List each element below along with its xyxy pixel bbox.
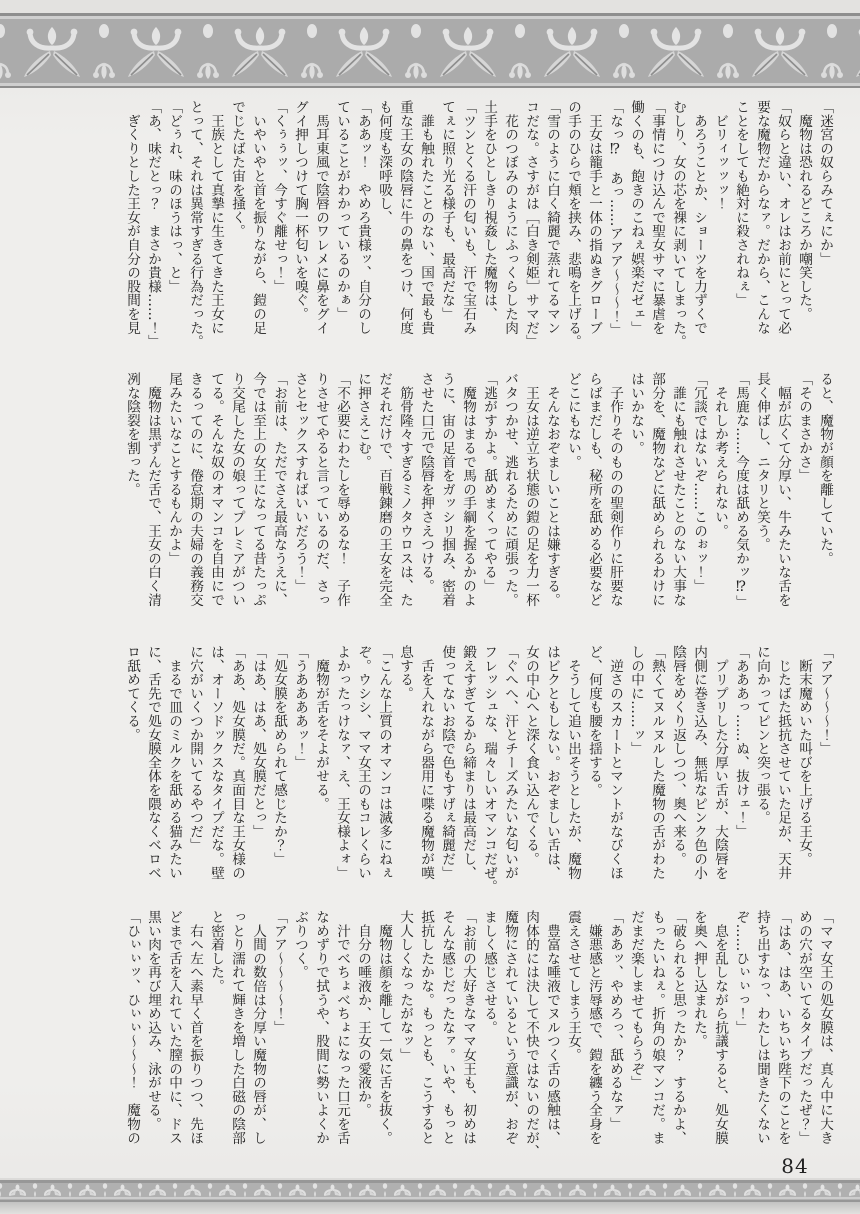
text-column: ことをしても絶対に殺されねぇ」: [730, 100, 751, 360]
text-column: いやいやと首を振りながら、鎧の足: [247, 100, 268, 360]
text-column: 使ってないお陰で色もすげぇ綺麗だ」: [436, 645, 457, 905]
text-column: 「うああああッ！」: [289, 645, 310, 905]
text-column: 魔物にされているという意識が、おぞ: [499, 910, 520, 1170]
text-column: まるで皿のミルクを舐める猫みたい: [163, 645, 184, 905]
text-column: 魔物はまるで馬の手綱を握るかのよ: [457, 372, 478, 632]
text-column: じたばた抵抗させていた足が、天井: [772, 645, 793, 905]
text-column: と密着した。: [205, 910, 226, 1170]
text-column: 「事情につけ込んで聖女サマに暴虐を: [646, 100, 667, 360]
text-column: うに、宙の足首をガッシリ掴み、密着: [436, 372, 457, 632]
text-column: 「ツンとくる汗の匂いも、汗で宝石み: [457, 100, 478, 360]
text-column: ましく感じさせる。: [478, 910, 499, 1170]
text-column: 自分の唾液か、王女の愛液か。: [352, 910, 373, 1170]
text-column: コだな。さすがは［白き剣姫］サマだ」: [520, 100, 541, 360]
text-column: あろうことか、ショーツを力ずくで: [688, 100, 709, 360]
text-column: ロ舐めてくる。: [121, 645, 142, 905]
text-column: 重な王女の陰唇に牛の鼻をつけ、何度: [394, 100, 415, 360]
text-column: 「どぅれ、味のほうはっ、と」: [163, 100, 184, 360]
text-column: ど、何度も腰を揺する。: [583, 645, 604, 905]
text-column: 長く伸ばし、ニタリと笑う。: [751, 372, 772, 632]
text-column: 「はあ、はあ、処女膜だとっ」: [247, 645, 268, 905]
text-column: 王族として真摯に生きてきた王女に: [205, 100, 226, 360]
ornament-border-top: [0, 0, 860, 88]
text-column: 「馬鹿な……今度は舐める気かッ⁉」: [730, 372, 751, 632]
ornament-border-bottom: [0, 1178, 860, 1214]
text-column: 「はあ、はあ、いちいち陛下のことを: [772, 910, 793, 1170]
text-band-4: 「ママ女王の処女膜は、真ん中に大きめの穴が空いてるタイプだったぜ？」「はあ、はあ…: [121, 910, 835, 1170]
text-column: の手のひらで頬を挟み、悲鳴を上げる。: [562, 100, 583, 360]
text-column: 「ひぃぃッ、ひぃぃ～～～！ 魔物の: [121, 910, 142, 1170]
text-column: に穴がいくつか開いてるやつだ」: [184, 645, 205, 905]
text-column: 豊富な唾液でヌルつく舌の感触は、: [541, 910, 562, 1170]
text-column: 「あああっ……ぬ、抜けェ！」: [730, 645, 751, 905]
text-column: 「そのまさかさ」: [793, 372, 814, 632]
text-column: 「アア～～～！」: [814, 645, 835, 905]
text-column: だそれだけで、百戦錬磨の王女を完全: [373, 372, 394, 632]
text-column: 王女は籠手と一体の指ぬきグローブ: [583, 100, 604, 360]
text-column: ぶりつく。: [289, 910, 310, 1170]
text-column: だまだ楽しませてもらうぞ」: [625, 910, 646, 1170]
palmette-frieze-icon: [0, 0, 860, 88]
text-column: プリプリした分厚い舌が、大陰唇を: [709, 645, 730, 905]
text-column: 部分を、魔物などに舐められるわけに: [646, 372, 667, 632]
text-column: 息を乱しながら抗議すると、処女膜: [709, 910, 730, 1170]
text-column: 誰にも触れさせたことのない大事な: [667, 372, 688, 632]
text-column: でじたばた宙を掻く。: [226, 100, 247, 360]
text-column: 「なっ⁉ あっ……アアア～～～！」: [604, 100, 625, 360]
text-column: 土手をひとしきり視姦した魔物は、: [478, 100, 499, 360]
text-column: 魔物は黒ずんだ舌で、王女の白く清: [142, 372, 163, 632]
text-column: 汁でべちょべちょになった口元を舌: [331, 910, 352, 1170]
text-column: 震えさせてしまう王女。: [562, 910, 583, 1170]
text-column: 「お前は、ただでさえ最高なうえに、: [268, 372, 289, 632]
text-column: らばまだしも、秘所を舐める必要など: [583, 372, 604, 632]
text-column: 「破られると思ったか？ するかよ、: [667, 910, 688, 1170]
text-column: 女の中心へと深く食い込んでくる。: [520, 645, 541, 905]
text-column: グイ押しつけて胸一杯匂いを嗅ぐ。: [289, 100, 310, 360]
text-column: 「冗談ではないぞ……このぉッ！」: [688, 372, 709, 632]
text-column: 「迷宮の奴らみてぇにか」: [814, 100, 835, 360]
text-column: 黒い肉を再び埋め込み、泳がせる。: [142, 910, 163, 1170]
text-column: 子作りそのものの聖剣作りに肝要な: [604, 372, 625, 632]
text-column: 息する。: [394, 645, 415, 905]
text-column: 「奴らと違い、オレはお前にとって必: [772, 100, 793, 360]
text-column: 「雪のように白く綺麗で蒸れてるマン: [541, 100, 562, 360]
text-column: 持ち出すなっ、わたしは聞きたくない: [751, 910, 772, 1170]
text-column: 「処女膜を舐められて感じたか？」: [268, 645, 289, 905]
text-column: させた口元で陰唇を押さえつける。: [415, 372, 436, 632]
text-column: 「お前の大好きなママ女王も、初めは: [457, 910, 478, 1170]
text-column: 「逃がすかよ。舐めまくってやる」: [478, 372, 499, 632]
text-band-2: ると、魔物が顔を離していた。「そのまさかさ」 幅が広くて分厚い、牛みたいな舌を長…: [121, 372, 835, 632]
text-column: 「こんな上質のオマンコは滅多にねぇ: [373, 645, 394, 905]
text-column: 馬耳東風で陰唇のワレメに鼻をグイ: [310, 100, 331, 360]
text-column: 魔物が舌をそよがせる。: [310, 645, 331, 905]
text-column: 「ああッ！ やめろ貴様ッ、自分のし: [352, 100, 373, 360]
text-column: り交尾した女の娘ってプレミアがつい: [226, 372, 247, 632]
text-column: っとり濡れて輝きを増した白磁の陰部: [226, 910, 247, 1170]
text-column: 「ぐへへ、汗とチーズみたいな匂いが: [499, 645, 520, 905]
text-band-3: 「アア～～～！」 断末魔めいた叫びを上げる王女。 じたばた抵抗させていた足が、天…: [121, 645, 835, 905]
text-column: ビリィッッッ！: [709, 100, 730, 360]
text-column: 「熱くてヌルヌルした魔物の舌がわた: [646, 645, 667, 905]
text-column: 尾みたいなことするもんかよ」: [163, 372, 184, 632]
text-column: さとセックスすればいいだろう！」: [289, 372, 310, 632]
text-column: 鍛えすぎてるから締まりは最高だし、: [457, 645, 478, 905]
text-column: 抵抗したかな。もっとも、こうすると: [415, 910, 436, 1170]
text-column: 「ああッ、やめろっ、舐めるなァ」: [604, 910, 625, 1170]
text-column: を奥へ押し込まれた。: [688, 910, 709, 1170]
text-column: そんな感じだったなァ。いや、もっと: [436, 910, 457, 1170]
text-column: ぞ。ウシシ、ママ女王のもコレくらい: [352, 645, 373, 905]
text-column: しの中に……ッ」: [625, 645, 646, 905]
text-column: 「アア～～～～！」: [268, 910, 289, 1170]
text-column: 魔物は恐れるどころか嘲笑した。: [793, 100, 814, 360]
text-column: 「くぅぅッ、今すぐ離せっ！」: [268, 100, 289, 360]
text-column: 陰唇をめくり返しつつ、奥へ来る。: [667, 645, 688, 905]
text-column: ると、魔物が顔を離していた。: [814, 372, 835, 632]
text-column: 舌を入れながら器用に喋る魔物が嘆: [415, 645, 436, 905]
text-column: フレッシュな、瑞々しいオマンコだぜ。: [478, 645, 499, 905]
text-column: 「あ、味だとっ？ まさか貴様……！」: [142, 100, 163, 360]
text-column: めの穴が空いてるタイプだったぜ？」: [793, 910, 814, 1170]
text-column: どまで舌を入れていた膣の中に、ドス: [163, 910, 184, 1170]
palmette-frieze-small-icon: [0, 1178, 860, 1214]
text-column: きるってのに、倦怠期の夫婦の義務交: [184, 372, 205, 632]
text-column: てる。そんな奴のオマンコを自由にで: [205, 372, 226, 632]
text-column: はいかない。: [625, 372, 646, 632]
text-column: も何度も深呼吸し、: [373, 100, 394, 360]
text-column: 幅が広くて分厚い、牛みたいな舌を: [772, 372, 793, 632]
text-column: ていることがわかっているのかぁ」: [331, 100, 352, 360]
text-column: 働くのも、飽きのこねぇ娯楽だゼェ」: [625, 100, 646, 360]
text-column: 肉体的には決して不快ではないのだが、: [520, 910, 541, 1170]
text-column: 花のつぼみのようにふっくらした肉: [499, 100, 520, 360]
text-column: なめずりで拭うや、股間に勢いよくか: [310, 910, 331, 1170]
text-column: に向かってピンと突っ張る。: [751, 645, 772, 905]
page-number: 84: [768, 1154, 822, 1178]
text-column: ぞ……ひぃぃっ！」: [730, 910, 751, 1170]
text-column: 冽な陰裂を割った。: [121, 372, 142, 632]
text-column: よかったっけなァ、え、王女様よォ」: [331, 645, 352, 905]
text-column: 右へ左へ素早く首を振りつつ、先ほ: [184, 910, 205, 1170]
text-column: バタつかせ、逃れるために頑張った。: [499, 372, 520, 632]
text-column: 「不必要にわたしを辱めるな！ 子作: [331, 372, 352, 632]
text-column: 「ママ女王の処女膜は、真ん中に大き: [814, 910, 835, 1170]
text-column: に押さえこむ。: [352, 372, 373, 632]
text-column: 要な魔物だからなァ。だから、こんな: [751, 100, 772, 360]
text-column: はビクともしない。おぞましい舌は、: [541, 645, 562, 905]
text-column: そうして追い出そうとしたが、魔物: [562, 645, 583, 905]
text-column: てぇに照り光る様子も、最高だな」: [436, 100, 457, 360]
text-column: りさせてやると言っているのだ、さっ: [310, 372, 331, 632]
text-column: 筋骨隆々すぎるミノタウロスは、た: [394, 372, 415, 632]
text-column: それしか考えられない。: [709, 372, 730, 632]
text-column: 今では至上の女王になってる昔たっぷ: [247, 372, 268, 632]
text-column: 人間の数倍は分厚い魔物の唇が、し: [247, 910, 268, 1170]
text-column: 内側に巻き込み、無垢なピンク色の小: [688, 645, 709, 905]
text-column: そんなおぞましいことは嫌すぎる。: [541, 372, 562, 632]
text-column: 嫌悪感と汚辱感で、鎧を纏う全身を: [583, 910, 604, 1170]
text-column: もったいねぇ。折角の娘マンコだ。ま: [646, 910, 667, 1170]
text-column: 「ああ、処女膜だ。真面目な王女様の: [226, 645, 247, 905]
text-column: 誰も触れたことのない、国で最も貴: [415, 100, 436, 360]
text-column: むしり、女の芯を裸に剥いてしまった。: [667, 100, 688, 360]
text-column: どこにもない。: [562, 372, 583, 632]
text-column: は、オーソドックスなタイプだな。壁: [205, 645, 226, 905]
text-column: に、舌先で処女膜全体を隈なくベロベ: [142, 645, 163, 905]
text-column: 大人しくなったがなッ」: [394, 910, 415, 1170]
text-column: 魔物は顔を離して一気に舌を抜く。: [373, 910, 394, 1170]
text-band-1: 「迷宮の奴らみてぇにか」 魔物は恐れるどころか嘲笑した。「奴らと違い、オレはお前…: [121, 100, 835, 360]
text-column: 断末魔めいた叫びを上げる王女。: [793, 645, 814, 905]
text-column: 逆さのスカートとマントがなびくほ: [604, 645, 625, 905]
text-column: 王女は逆立ち状態の鎧の足を力一杯: [520, 372, 541, 632]
text-column: ぎくりとした王女が自分の股間を見: [121, 100, 142, 360]
text-column: とって、それは異常すぎる行為だった。: [184, 100, 205, 360]
